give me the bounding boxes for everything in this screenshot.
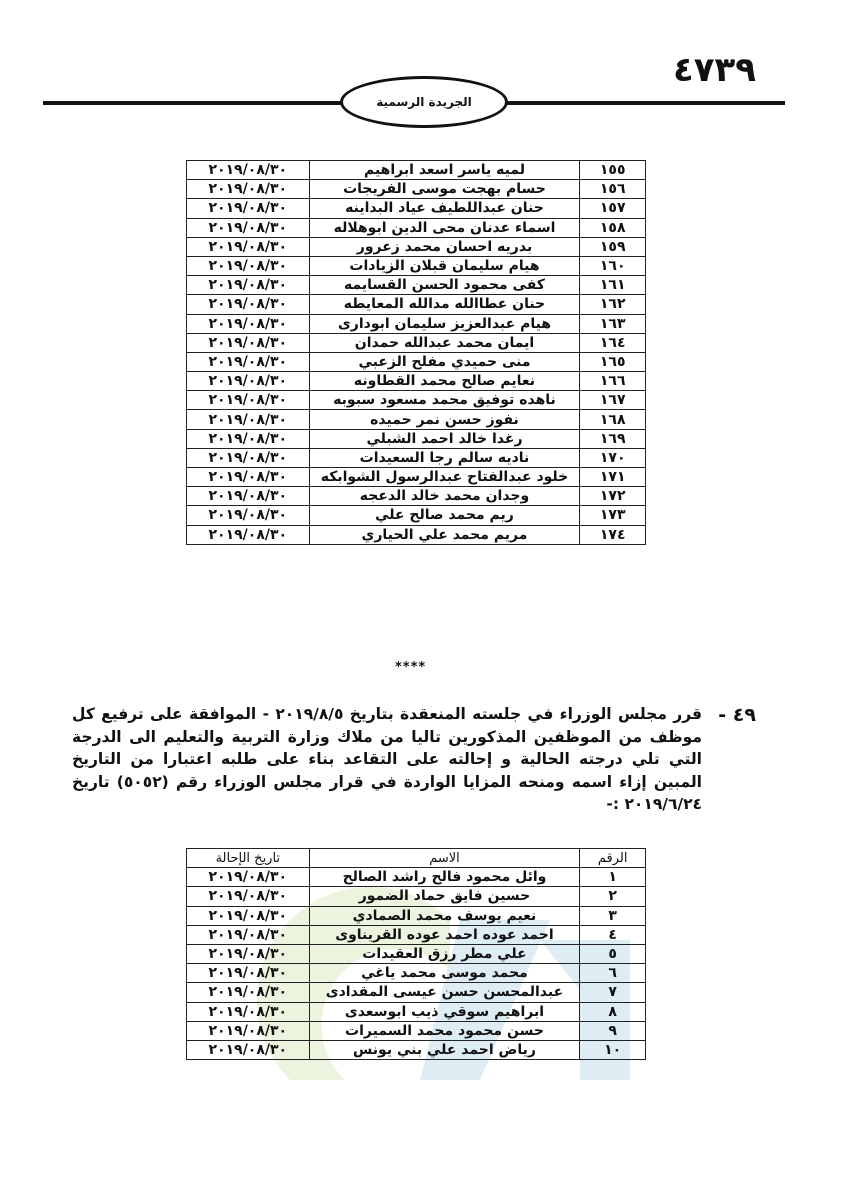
row-name: علي مطر رزق العقيدات (309, 944, 580, 963)
row-name: خلود عبدالفتاح عبدالرسول الشوابكه (309, 468, 580, 487)
header-name: الاسم (309, 849, 580, 868)
row-number: ١٦٥ (580, 352, 646, 371)
row-number: ١٧٠ (580, 448, 646, 467)
row-name: منى حميدي مفلح الزعبي (309, 352, 580, 371)
row-date: ٢٠١٩/٠٨/٣٠ (187, 237, 310, 256)
table-row: ١٥٩بدريه احسان محمد زعرور٢٠١٩/٠٨/٣٠ (187, 237, 646, 256)
row-number: ١٦٣ (580, 314, 646, 333)
row-name: محمد موسى محمد ياغي (309, 964, 580, 983)
table-row: ١٦٠هيام سليمان قبلان الزيادات٢٠١٩/٠٨/٣٠ (187, 256, 646, 275)
row-number: ١٥٩ (580, 237, 646, 256)
row-name: حسن محمود محمد السميرات (309, 1021, 580, 1040)
row-name: احمد عوده احمد عوده القريناوى (309, 925, 580, 944)
table-row: ٦محمد موسى محمد ياغي٢٠١٩/٠٨/٣٠ (187, 964, 646, 983)
row-name: حسين فايق حماد الضمور (309, 887, 580, 906)
table-row: ١٦٦نعايم صالح محمد القطاونه٢٠١٩/٠٨/٣٠ (187, 372, 646, 391)
row-date: ٢٠١٩/٠٨/٣٠ (187, 199, 310, 218)
row-name: وجدان محمد خالد الدعجه (309, 487, 580, 506)
row-date: ٢٠١٩/٠٨/٣٠ (187, 487, 310, 506)
section-separator: **** (395, 660, 426, 675)
row-number: ١٦١ (580, 276, 646, 295)
row-name: ناهده توفيق محمد مسعود سبوبه (309, 391, 580, 410)
row-number: ٤ (580, 925, 646, 944)
table-row: ١٦١كفى محمود الحسن القسايمه٢٠١٩/٠٨/٣٠ (187, 276, 646, 295)
row-date: ٢٠١٩/٠٨/٣٠ (187, 868, 310, 887)
row-date: ٢٠١٩/٠٨/٣٠ (187, 525, 310, 544)
decision-item-number: ٤٩ - (718, 704, 756, 726)
row-date: ٢٠١٩/٠٨/٣٠ (187, 314, 310, 333)
row-date: ٢٠١٩/٠٨/٣٠ (187, 983, 310, 1002)
row-name: رغدا خالد احمد الشبلي (309, 429, 580, 448)
row-name: نعيم يوسف محمد الصمادي (309, 906, 580, 925)
row-date: ٢٠١٩/٠٨/٣٠ (187, 372, 310, 391)
row-name: نعايم صالح محمد القطاونه (309, 372, 580, 391)
row-name: حنان عبداللطيف عياد البداينه (309, 199, 580, 218)
row-number: ١٧٤ (580, 525, 646, 544)
row-name: اسماء عدنان محى الدين ابوهلاله (309, 218, 580, 237)
row-date: ٢٠١٩/٠٨/٣٠ (187, 295, 310, 314)
table-row: ١٦٤ايمان محمد عبدالله حمدان٢٠١٩/٠٨/٣٠ (187, 333, 646, 352)
row-name: عبدالمحسن حسن عيسى المقدادى (309, 983, 580, 1002)
table-row: ٩حسن محمود محمد السميرات٢٠١٩/٠٨/٣٠ (187, 1021, 646, 1040)
row-name: كفى محمود الحسن القسايمه (309, 276, 580, 295)
row-date: ٢٠١٩/٠٨/٣٠ (187, 429, 310, 448)
row-name: ريم محمد صالح علي (309, 506, 580, 525)
row-name: نفوز حسن نمر حميده (309, 410, 580, 429)
row-number: ٥ (580, 944, 646, 963)
row-number: ١٦٢ (580, 295, 646, 314)
row-name: ناديه سالم رجا السعيدات (309, 448, 580, 467)
row-date: ٢٠١٩/٠٨/٣٠ (187, 944, 310, 963)
row-date: ٢٠١٩/٠٨/٣٠ (187, 925, 310, 944)
row-number: ٣ (580, 906, 646, 925)
row-name: مريم محمد علي الحياري (309, 525, 580, 544)
row-number: ١٥٥ (580, 161, 646, 180)
row-number: ١٦٠ (580, 256, 646, 275)
table-row: ١٥٦حسام بهجت موسى الفريجات٢٠١٩/٠٨/٣٠ (187, 180, 646, 199)
row-date: ٢٠١٩/٠٨/٣٠ (187, 506, 310, 525)
row-number: ١٦٦ (580, 372, 646, 391)
table-row: ١٦٥منى حميدي مفلح الزعبي٢٠١٩/٠٨/٣٠ (187, 352, 646, 371)
table-row: ٥علي مطر رزق العقيدات٢٠١٩/٠٨/٣٠ (187, 944, 646, 963)
table-row: ١٦٩رغدا خالد احمد الشبلي٢٠١٩/٠٨/٣٠ (187, 429, 646, 448)
row-date: ٢٠١٩/٠٨/٣٠ (187, 333, 310, 352)
table-row: ٣نعيم يوسف محمد الصمادي٢٠١٩/٠٨/٣٠ (187, 906, 646, 925)
table-row: ١٦٧ناهده توفيق محمد مسعود سبوبه٢٠١٩/٠٨/٣… (187, 391, 646, 410)
row-number: ١٧١ (580, 468, 646, 487)
row-number: ١ (580, 868, 646, 887)
table-row: ١٥٨اسماء عدنان محى الدين ابوهلاله٢٠١٩/٠٨… (187, 218, 646, 237)
row-date: ٢٠١٩/٠٨/٣٠ (187, 448, 310, 467)
table-row: ١٦٨نفوز حسن نمر حميده٢٠١٩/٠٨/٣٠ (187, 410, 646, 429)
row-number: ١٧٣ (580, 506, 646, 525)
page-number: ٤٧٣٩ (673, 50, 756, 90)
row-date: ٢٠١٩/٠٨/٣٠ (187, 180, 310, 199)
table-row: ٢حسين فايق حماد الضمور٢٠١٩/٠٨/٣٠ (187, 887, 646, 906)
row-name: هيام عبدالعزيز سليمان ابودارى (309, 314, 580, 333)
row-number: ١٥٦ (580, 180, 646, 199)
table-row: ٧عبدالمحسن حسن عيسى المقدادى٢٠١٩/٠٨/٣٠ (187, 983, 646, 1002)
row-name: وائل محمود فالح راشد الصالح (309, 868, 580, 887)
row-date: ٢٠١٩/٠٨/٣٠ (187, 161, 310, 180)
table-row: ١٥٧حنان عبداللطيف عياد البداينه٢٠١٩/٠٨/٣… (187, 199, 646, 218)
row-date: ٢٠١٩/٠٨/٣٠ (187, 391, 310, 410)
decision-text: قرر مجلس الوزراء في جلسته المنعقدة بتاري… (72, 703, 702, 816)
row-number: ٧ (580, 983, 646, 1002)
row-name: حسام بهجت موسى الفريجات (309, 180, 580, 199)
table-row: ١٧٢وجدان محمد خالد الدعجه٢٠١٩/٠٨/٣٠ (187, 487, 646, 506)
row-date: ٢٠١٩/٠٨/٣٠ (187, 1021, 310, 1040)
row-number: ١٥٧ (580, 199, 646, 218)
table-row: ١٧٠ناديه سالم رجا السعيدات٢٠١٩/٠٨/٣٠ (187, 448, 646, 467)
row-name: ايمان محمد عبدالله حمدان (309, 333, 580, 352)
row-number: ٨ (580, 1002, 646, 1021)
row-date: ٢٠١٩/٠٨/٣٠ (187, 906, 310, 925)
row-name: رياض احمد علي بني يونس (309, 1040, 580, 1059)
table-row: ١٦٢حنان عطاالله مدالله المعايطه٢٠١٩/٠٨/٣… (187, 295, 646, 314)
table-row: ١٧٣ريم محمد صالح علي٢٠١٩/٠٨/٣٠ (187, 506, 646, 525)
row-name: ابراهيم سوقي ذيب ابوسعدى (309, 1002, 580, 1021)
row-date: ٢٠١٩/٠٨/٣٠ (187, 218, 310, 237)
retirees-table: الرقم الاسم تاريخ الإحالة ١وائل محمود فا… (186, 848, 646, 1060)
row-number: ١٧٢ (580, 487, 646, 506)
row-date: ٢٠١٩/٠٨/٣٠ (187, 410, 310, 429)
table-row: ١وائل محمود فالح راشد الصالح٢٠١٩/٠٨/٣٠ (187, 868, 646, 887)
row-number: ١٦٧ (580, 391, 646, 410)
row-number: ٢ (580, 887, 646, 906)
table-row: ١٧١خلود عبدالفتاح عبدالرسول الشوابكه٢٠١٩… (187, 468, 646, 487)
row-date: ٢٠١٩/٠٨/٣٠ (187, 468, 310, 487)
row-number: ١٦٩ (580, 429, 646, 448)
header-number: الرقم (580, 849, 646, 868)
gazette-title-oval: الجريدة الرسمية (340, 76, 508, 128)
row-number: ١٦٨ (580, 410, 646, 429)
row-number: ٩ (580, 1021, 646, 1040)
table-row: ١٦٣هيام عبدالعزيز سليمان ابودارى٢٠١٩/٠٨/… (187, 314, 646, 333)
retirees-table-continued: ١٥٥لميه ياسر اسعد ابراهيم٢٠١٩/٠٨/٣٠١٥٦حس… (186, 160, 646, 545)
table-row: ٤احمد عوده احمد عوده القريناوى٢٠١٩/٠٨/٣٠ (187, 925, 646, 944)
row-date: ٢٠١٩/٠٨/٣٠ (187, 964, 310, 983)
row-number: ١٦٤ (580, 333, 646, 352)
row-name: هيام سليمان قبلان الزيادات (309, 256, 580, 275)
gazette-title: الجريدة الرسمية (376, 95, 472, 109)
header-retirement-date: تاريخ الإحالة (187, 849, 310, 868)
row-date: ٢٠١٩/٠٨/٣٠ (187, 887, 310, 906)
row-date: ٢٠١٩/٠٨/٣٠ (187, 352, 310, 371)
row-name: لميه ياسر اسعد ابراهيم (309, 161, 580, 180)
row-date: ٢٠١٩/٠٨/٣٠ (187, 276, 310, 295)
row-number: ٦ (580, 964, 646, 983)
table-row: ١٧٤مريم محمد علي الحياري٢٠١٩/٠٨/٣٠ (187, 525, 646, 544)
row-date: ٢٠١٩/٠٨/٣٠ (187, 1040, 310, 1059)
row-date: ٢٠١٩/٠٨/٣٠ (187, 1002, 310, 1021)
row-number: ١٥٨ (580, 218, 646, 237)
table-header-row: الرقم الاسم تاريخ الإحالة (187, 849, 646, 868)
row-number: ١٠ (580, 1040, 646, 1059)
table-row: ١٠رياض احمد علي بني يونس٢٠١٩/٠٨/٣٠ (187, 1040, 646, 1059)
table-row: ٨ابراهيم سوقي ذيب ابوسعدى٢٠١٩/٠٨/٣٠ (187, 1002, 646, 1021)
table-row: ١٥٥لميه ياسر اسعد ابراهيم٢٠١٩/٠٨/٣٠ (187, 161, 646, 180)
row-date: ٢٠١٩/٠٨/٣٠ (187, 256, 310, 275)
row-name: بدريه احسان محمد زعرور (309, 237, 580, 256)
row-name: حنان عطاالله مدالله المعايطه (309, 295, 580, 314)
